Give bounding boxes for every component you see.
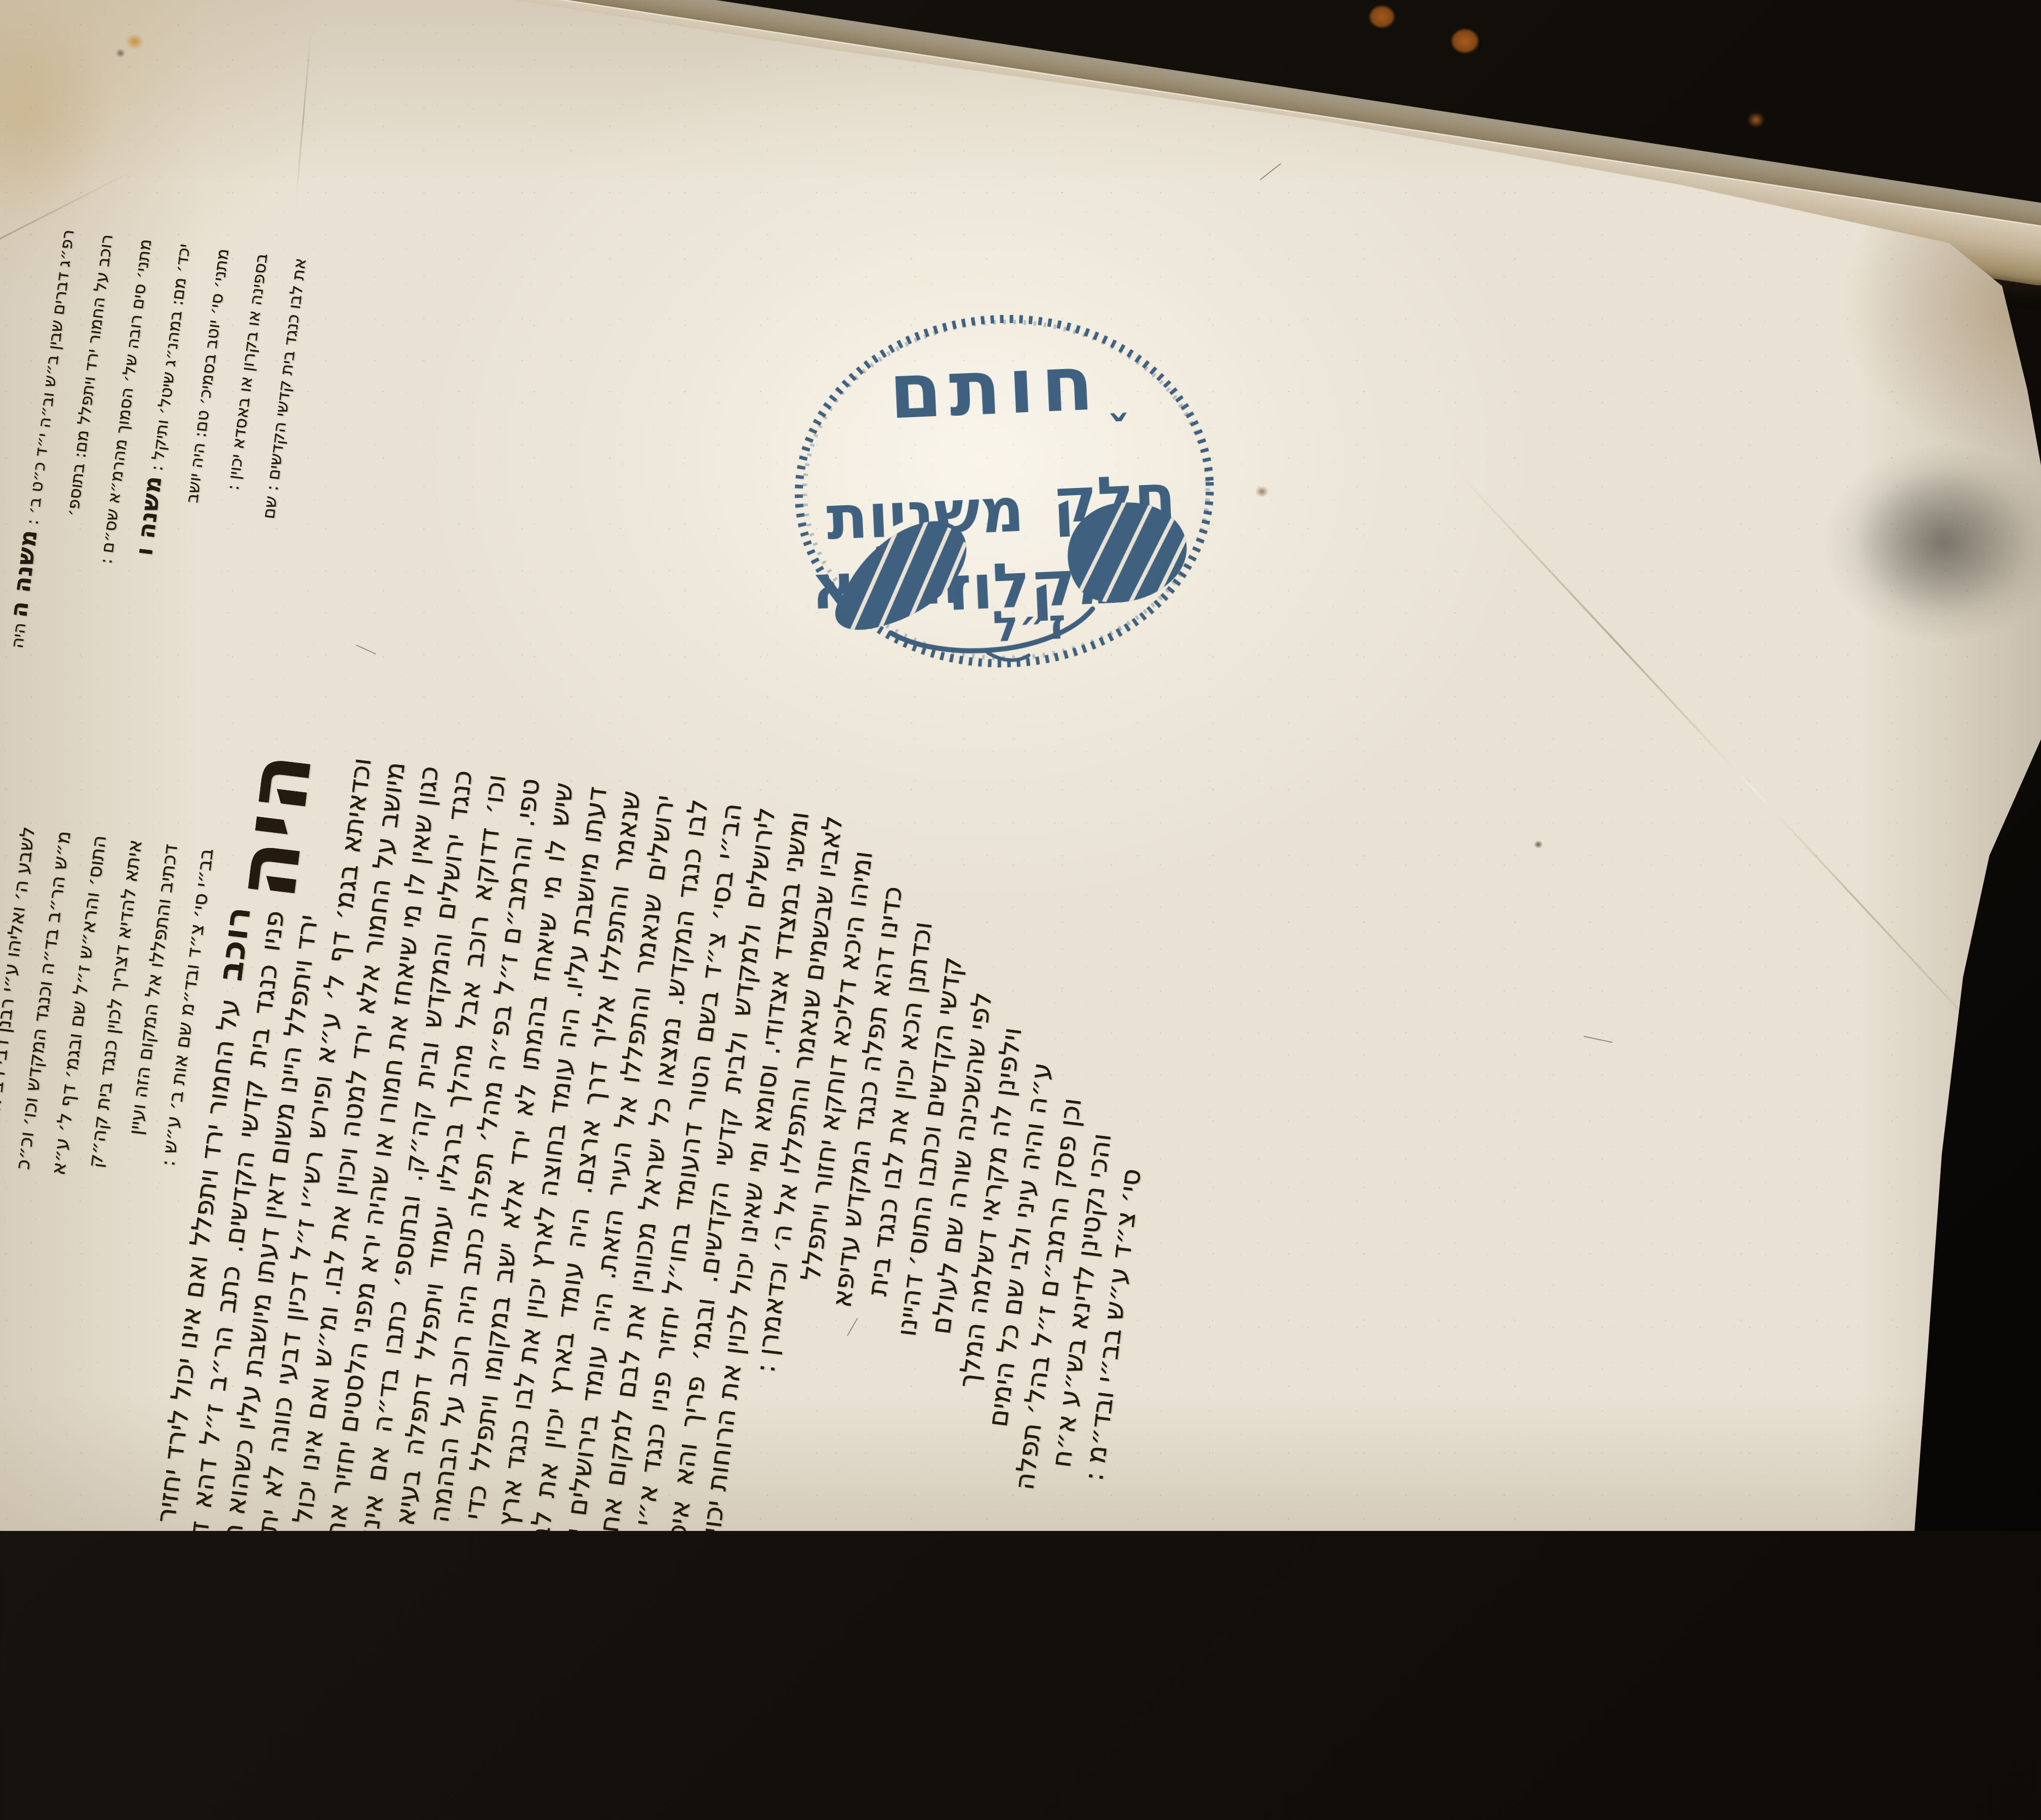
stamp-graphic: חותם חלק משניות ˇ מקלוז הגרא ז״ל (775, 293, 1237, 690)
main-commentary-block: היהרוכב על החמור ירד ויתפלל ואם אינו יכו… (141, 743, 1187, 1531)
dibbur-hamatchil-bold-word: רוכב (211, 904, 258, 983)
water-stain (0, 10, 111, 223)
smudge-stain (1853, 466, 2035, 618)
photo-of-book-page: רפ״ג דברים שבין ב״ש וב״ה י״ד כ״ט ב׳ : מש… (0, 0, 2041, 1531)
faint-crease (295, 26, 312, 208)
dark-speck (115, 49, 126, 58)
dibbur-hamatchil-large-word: היה (222, 743, 326, 914)
paper-fiber (1260, 163, 1281, 180)
mishnah-6-heading: משנה ו (130, 474, 167, 557)
paper-sheet: רפ״ג דברים שבין ב״ש וב״ה י״ד כ״ט ב׳ : מש… (0, 0, 2041, 1531)
mishnah-5-heading: משנה ה (5, 528, 43, 619)
foxing-spot (126, 33, 144, 50)
stamp-text-line1: חותם (887, 339, 1103, 436)
library-stamp: חותם חלק משניות ˇ מקלוז הגרא ז״ל (775, 293, 1237, 690)
stamp-rafe-mark: ˇ (1107, 407, 1132, 461)
